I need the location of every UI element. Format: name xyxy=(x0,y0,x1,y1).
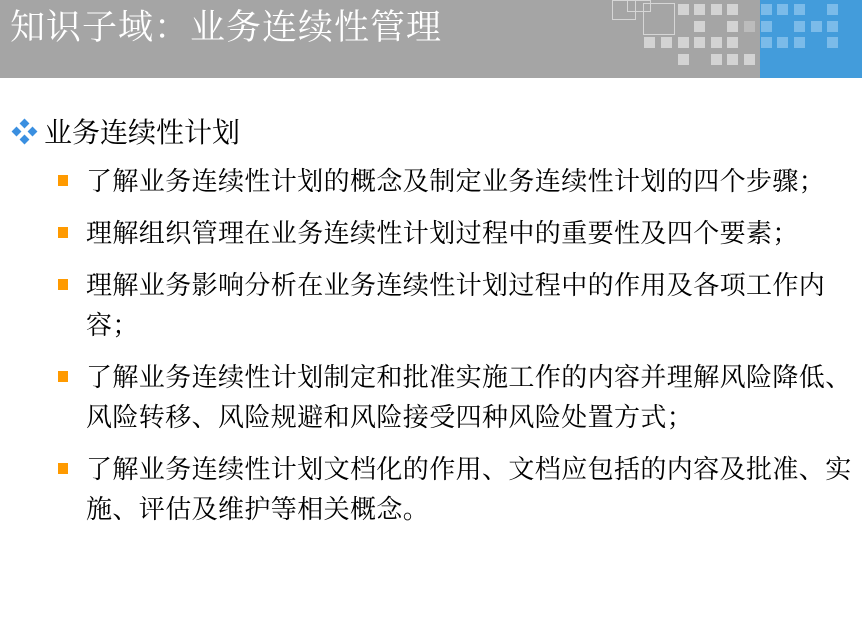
list-item-text: 了解业务连续性计划文档化的作用、文档应包括的内容及批准、实施、评估及维护等相关概… xyxy=(86,450,856,530)
decor-square xyxy=(678,54,689,65)
decor-square xyxy=(678,37,689,48)
decor-square xyxy=(777,37,788,48)
list-item: 理解组织管理在业务连续性计划过程中的重要性及四个要素； xyxy=(56,214,856,254)
decor-square xyxy=(794,37,805,48)
decor-square xyxy=(678,4,689,15)
decor-square xyxy=(794,21,805,32)
decor-square xyxy=(727,21,738,32)
slide-title: 知识子域：业务连续性管理 xyxy=(10,6,442,50)
diamond-cluster-icon xyxy=(10,118,40,148)
decor-square xyxy=(744,54,755,65)
decor-outline-square xyxy=(643,3,675,35)
list-item-text: 了解业务连续性计划制定和批准实施工作的内容并理解风险降低、风险转移、风险规避和风… xyxy=(86,358,856,438)
orange-square-bullet-icon xyxy=(58,371,68,382)
decor-square xyxy=(711,4,722,15)
decor-square xyxy=(794,4,805,15)
decor-square xyxy=(694,4,705,15)
orange-square-bullet-icon xyxy=(58,463,68,474)
decor-square xyxy=(744,21,755,32)
decor-square xyxy=(727,54,738,65)
header-accent-block xyxy=(760,0,862,78)
decor-square xyxy=(827,21,838,32)
decor-square xyxy=(761,4,772,15)
bullet-list: 了解业务连续性计划的概念及制定业务连续性计划的四个步骤； 理解组织管理在业务连续… xyxy=(56,162,856,542)
decor-square xyxy=(694,37,705,48)
section-title: 业务连续性计划 xyxy=(44,114,240,152)
decor-square xyxy=(761,21,772,32)
decor-square xyxy=(761,37,772,48)
decor-square xyxy=(644,37,655,48)
decor-square xyxy=(727,37,738,48)
slide-header: 知识子域：业务连续性管理 xyxy=(0,0,862,78)
list-item-text: 了解业务连续性计划的概念及制定业务连续性计划的四个步骤； xyxy=(86,162,856,202)
decor-square xyxy=(727,4,738,15)
list-item: 了解业务连续性计划制定和批准实施工作的内容并理解风险降低、风险转移、风险规避和风… xyxy=(56,358,856,438)
list-item: 理解业务影响分析在业务连续性计划过程中的作用及各项工作内容； xyxy=(56,266,856,346)
orange-square-bullet-icon xyxy=(58,175,68,186)
list-item-text: 理解组织管理在业务连续性计划过程中的重要性及四个要素； xyxy=(86,214,856,254)
decor-square xyxy=(811,21,822,32)
decor-square xyxy=(661,37,672,48)
decor-square xyxy=(711,37,722,48)
list-item: 了解业务连续性计划文档化的作用、文档应包括的内容及批准、实施、评估及维护等相关概… xyxy=(56,450,856,530)
orange-square-bullet-icon xyxy=(58,279,68,290)
decor-square xyxy=(827,4,838,15)
list-item-text: 理解业务影响分析在业务连续性计划过程中的作用及各项工作内容； xyxy=(86,266,856,346)
list-item: 了解业务连续性计划的概念及制定业务连续性计划的四个步骤； xyxy=(56,162,856,202)
decor-square xyxy=(777,4,788,15)
decor-square xyxy=(711,54,722,65)
orange-square-bullet-icon xyxy=(58,227,68,238)
section-heading: 业务连续性计划 xyxy=(10,114,240,152)
decor-square xyxy=(694,21,705,32)
decor-square xyxy=(827,37,838,48)
